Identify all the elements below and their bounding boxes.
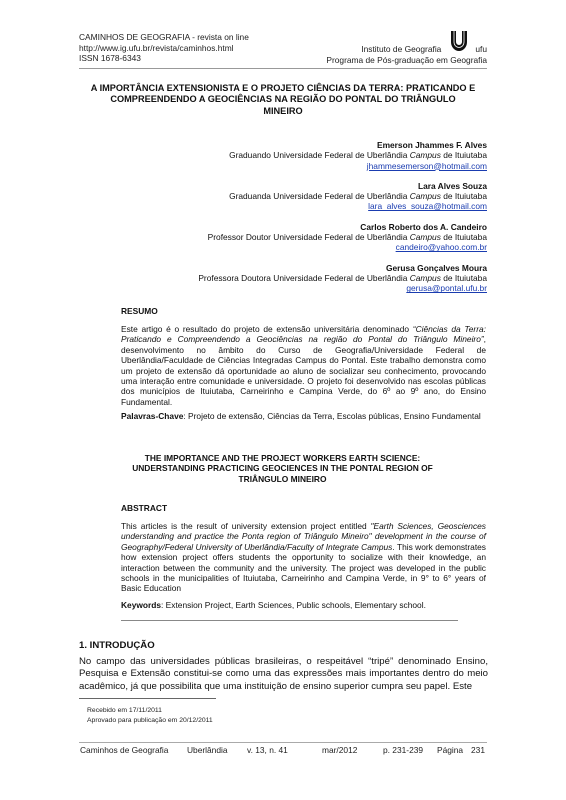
author-email[interactable]: jhammesemerson@hotmail.com [87, 161, 487, 171]
author: Carlos Roberto dos A. Candeiro Professor… [87, 222, 487, 253]
author-name: Carlos Roberto dos A. Candeiro [87, 222, 487, 232]
journal-issn: ISSN 1678-6343 [79, 53, 249, 64]
author-affiliation: Graduanda Universidade Federal de Uberlâ… [87, 191, 487, 201]
title-line: COMPREENDENDO A GEOCIÊNCIAS NA REGIÃO DO… [79, 94, 487, 105]
header-divider [79, 68, 487, 69]
resumo-text: Este artigo é o resultado do projeto de … [121, 324, 486, 407]
author-affiliation: Professora Doutora Universidade Federal … [87, 273, 487, 283]
footnote-divider [79, 698, 216, 699]
abstract-heading: ABSTRACT [121, 503, 486, 513]
received-date: Recebido em 17/11/2011 [87, 706, 213, 716]
logo-label: ufu [475, 44, 487, 55]
journal-header: CAMINHOS DE GEOGRAFIA - revista on line … [79, 32, 249, 64]
title-line: THE IMPORTANCE AND THE PROJECT WORKERS E… [110, 453, 455, 463]
title-line: UNDERSTANDING PRACTICING GEOCIENCES IN T… [110, 463, 455, 473]
title-line: A IMPORTÂNCIA EXTENSIONISTA E O PROJETO … [79, 83, 487, 94]
abstract-text: This articles is the result of universit… [121, 521, 486, 594]
author: Gerusa Gonçalves Moura Professora Doutor… [87, 263, 487, 294]
title-line: TRIÂNGULO MINEIRO [110, 474, 455, 484]
footer-divider [79, 742, 487, 743]
abstract-keywords: Keywords: Extension Project, Earth Scien… [121, 600, 486, 610]
approved-date: Aprovado para publicação em 20/12/2011 [87, 716, 213, 726]
institute-name: Instituto de Geografia [361, 44, 441, 55]
author-email[interactable]: lara_alves_souza@hotmail.com [87, 201, 487, 211]
footer-volume: v. 13, n. 41 [247, 745, 288, 755]
author-name: Emerson Jhammes F. Alves [87, 140, 487, 150]
resumo-keywords: Palavras-Chave: Projeto de extensão, Ciê… [121, 411, 486, 421]
authors-list: Emerson Jhammes F. Alves Graduando Unive… [87, 140, 487, 304]
author: Lara Alves Souza Graduanda Universidade … [87, 181, 487, 212]
footer-pages: p. 231-239 [383, 745, 423, 755]
footer-date: mar/2012 [322, 745, 357, 755]
introduction-text: No campo das universidades públicas bras… [79, 656, 488, 693]
english-title: THE IMPORTANCE AND THE PROJECT WORKERS E… [110, 453, 455, 484]
resumo-heading: RESUMO [121, 306, 486, 316]
author-name: Gerusa Gonçalves Moura [87, 263, 487, 273]
title-line: MINEIRO [79, 106, 487, 117]
author-email[interactable]: gerusa@pontal.ufu.br [87, 283, 487, 293]
author-affiliation: Graduando Universidade Federal de Uberlâ… [87, 150, 487, 160]
section-heading-introduction: 1. INTRODUÇÃO [79, 640, 155, 651]
journal-name: CAMINHOS DE GEOGRAFIA - revista on line [79, 32, 249, 43]
footer-page-label: Página [437, 745, 463, 755]
footnote: Recebido em 17/11/2011 Aprovado para pub… [87, 706, 213, 727]
ufu-logo-icon [449, 30, 469, 52]
author-name: Lara Alves Souza [87, 181, 487, 191]
footer-city: Uberlândia [187, 745, 228, 755]
program-name: Programa de Pós-graduação em Geografia [326, 55, 487, 66]
footer-page-number: 231 [471, 745, 485, 755]
footer-journal: Caminhos de Geografia [80, 745, 168, 755]
author-affiliation: Professor Doutor Universidade Federal de… [87, 232, 487, 242]
paper-title: A IMPORTÂNCIA EXTENSIONISTA E O PROJETO … [79, 83, 487, 117]
journal-url[interactable]: http://www.ig.ufu.br/revista/caminhos.ht… [79, 43, 249, 54]
author-email[interactable]: candeiro@yahoo.com.br [87, 242, 487, 252]
keywords-divider [121, 620, 458, 621]
institution-header: Instituto de Geografia ufu Programa de P… [326, 44, 487, 65]
author: Emerson Jhammes F. Alves Graduando Unive… [87, 140, 487, 171]
